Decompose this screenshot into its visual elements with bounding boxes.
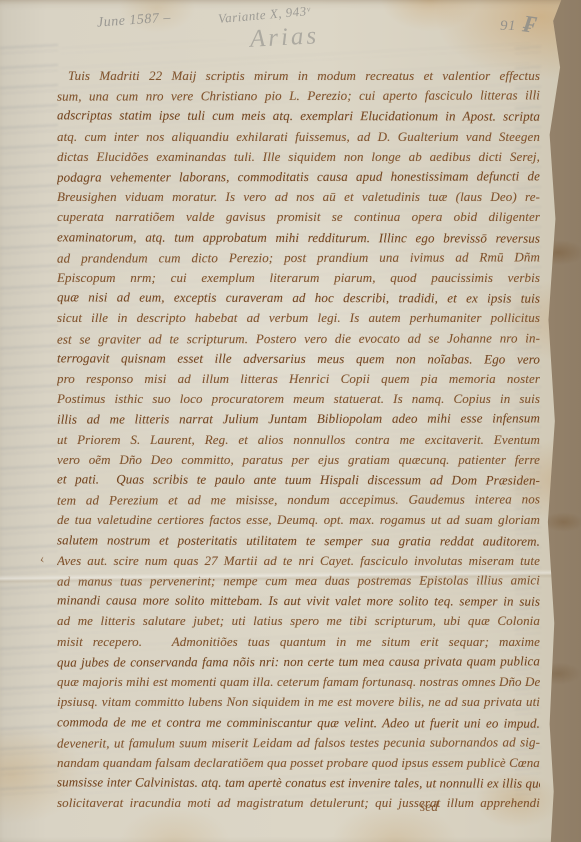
manuscript-line: solicitaverat iracundia moti ad magistra… xyxy=(57,793,540,813)
manuscript-line: nandam quandam falsam declaratiõem qua p… xyxy=(57,753,540,773)
manuscript-line: Episcopum nrm; cui exemplum literarum pi… xyxy=(57,268,540,288)
manuscript-line: Postimus isthic suo loco procuratorem me… xyxy=(57,389,540,409)
paper-sheet: June 1587 – Variante X, 943ᵛ Arias 91 ₣ … xyxy=(0,0,581,842)
manuscript-line: ad prandendum cum dicto Perezio; post pr… xyxy=(57,247,540,268)
manuscript-line: de tua valetudine certiores factos esse,… xyxy=(57,510,540,530)
manuscript-line: sumsisse inter Calvinistas. atq. tam ape… xyxy=(57,772,540,793)
manuscript-line: pro responso misi ad illum litteras Henr… xyxy=(57,369,540,389)
ink-bleedthrough-left xyxy=(0,40,58,800)
manuscript-line: minandi causa more solito mittebam. Is a… xyxy=(57,591,540,612)
manuscript-line: examinatorum, atq. tum approbatum mihi r… xyxy=(57,227,540,248)
manuscript-line: ad manus tuas pervenerint; nempe cum mea… xyxy=(57,570,540,591)
manuscript-scan: June 1587 – Variante X, 943ᵛ Arias 91 ₣ … xyxy=(0,0,581,842)
manuscript-line: illis ad me litteris narrat Julium Junta… xyxy=(57,409,540,430)
manuscript-line: Tuis Madriti 22 Maij scriptis mirum in m… xyxy=(57,66,540,86)
manuscript-line: sum, una cum nro vere Christiano pio L. … xyxy=(57,86,540,107)
manuscript-line: Breusighen viduam moratur. Is vero ad no… xyxy=(57,187,540,207)
manuscript-line: est se graviter ad te scripturum. Poster… xyxy=(57,328,540,349)
manuscript-line: tem ad Perezium et ad me misisse, nondum… xyxy=(57,490,540,511)
manuscript-line: commoda de me et contra me comminiscantu… xyxy=(57,712,540,733)
manuscript-line: dictas Elucidões examinandas tuli. Ille … xyxy=(57,147,540,167)
manuscript-line: terrogavit quisnam esset ille adversariu… xyxy=(57,348,540,369)
paraph-mark-icon: ₣ xyxy=(521,11,537,39)
manuscript-line: devenerit, ut famulum suum miserit Leida… xyxy=(57,732,540,753)
pencil-date-annotation: June 1587 – xyxy=(97,10,172,31)
pencil-name-annotation: Arias xyxy=(249,22,320,54)
manuscript-line: sicut ille in descripto habebat ad verbu… xyxy=(57,308,540,328)
manuscript-line: Aves aut. scire num quas 27 Martii ad te… xyxy=(57,551,540,571)
catchword: sed xyxy=(420,799,438,815)
manuscript-line: vero oẽm Dño Deo committo, paratus per e… xyxy=(57,450,540,470)
manuscript-line: et pati. Quas scribis te paulo ante tuum… xyxy=(57,469,540,490)
manuscript-line: ipsiusq. vitam committo lubens Non siqui… xyxy=(57,692,540,712)
manuscript-line: cuperata narratiõem valde gavisus promis… xyxy=(57,207,540,227)
manuscript-line: qua jubes de conservanda fama nõis nri: … xyxy=(57,651,540,672)
manuscript-line: ut Priorem S. Laurent, Reg. et alios non… xyxy=(57,430,540,450)
manuscript-line: atq. cum inter nos aliquandiu exhilarati… xyxy=(57,127,540,147)
manuscript-line: adscriptas statim ipse tuli cum meis atq… xyxy=(57,106,540,127)
manuscript-line: quæ majoris mihi est momenti quam illa. … xyxy=(57,672,540,692)
manuscript-line: salutem nostrum et posteritatis utilitat… xyxy=(57,530,540,551)
folio-number: 91 xyxy=(500,18,516,35)
manuscript-line: ad me litteris salutare jubet; uti latiu… xyxy=(57,611,540,631)
manuscript-line: quæ nisi ad eum, exceptis curaveram ad h… xyxy=(57,288,540,309)
manuscript-line: misit recepero. Admonitiões tuas quantum… xyxy=(57,632,540,652)
letter-body: Tuis Madriti 22 Maij scriptis mirum in m… xyxy=(57,66,540,814)
manuscript-line: podagra vehementer laborans, commoditati… xyxy=(57,166,540,187)
